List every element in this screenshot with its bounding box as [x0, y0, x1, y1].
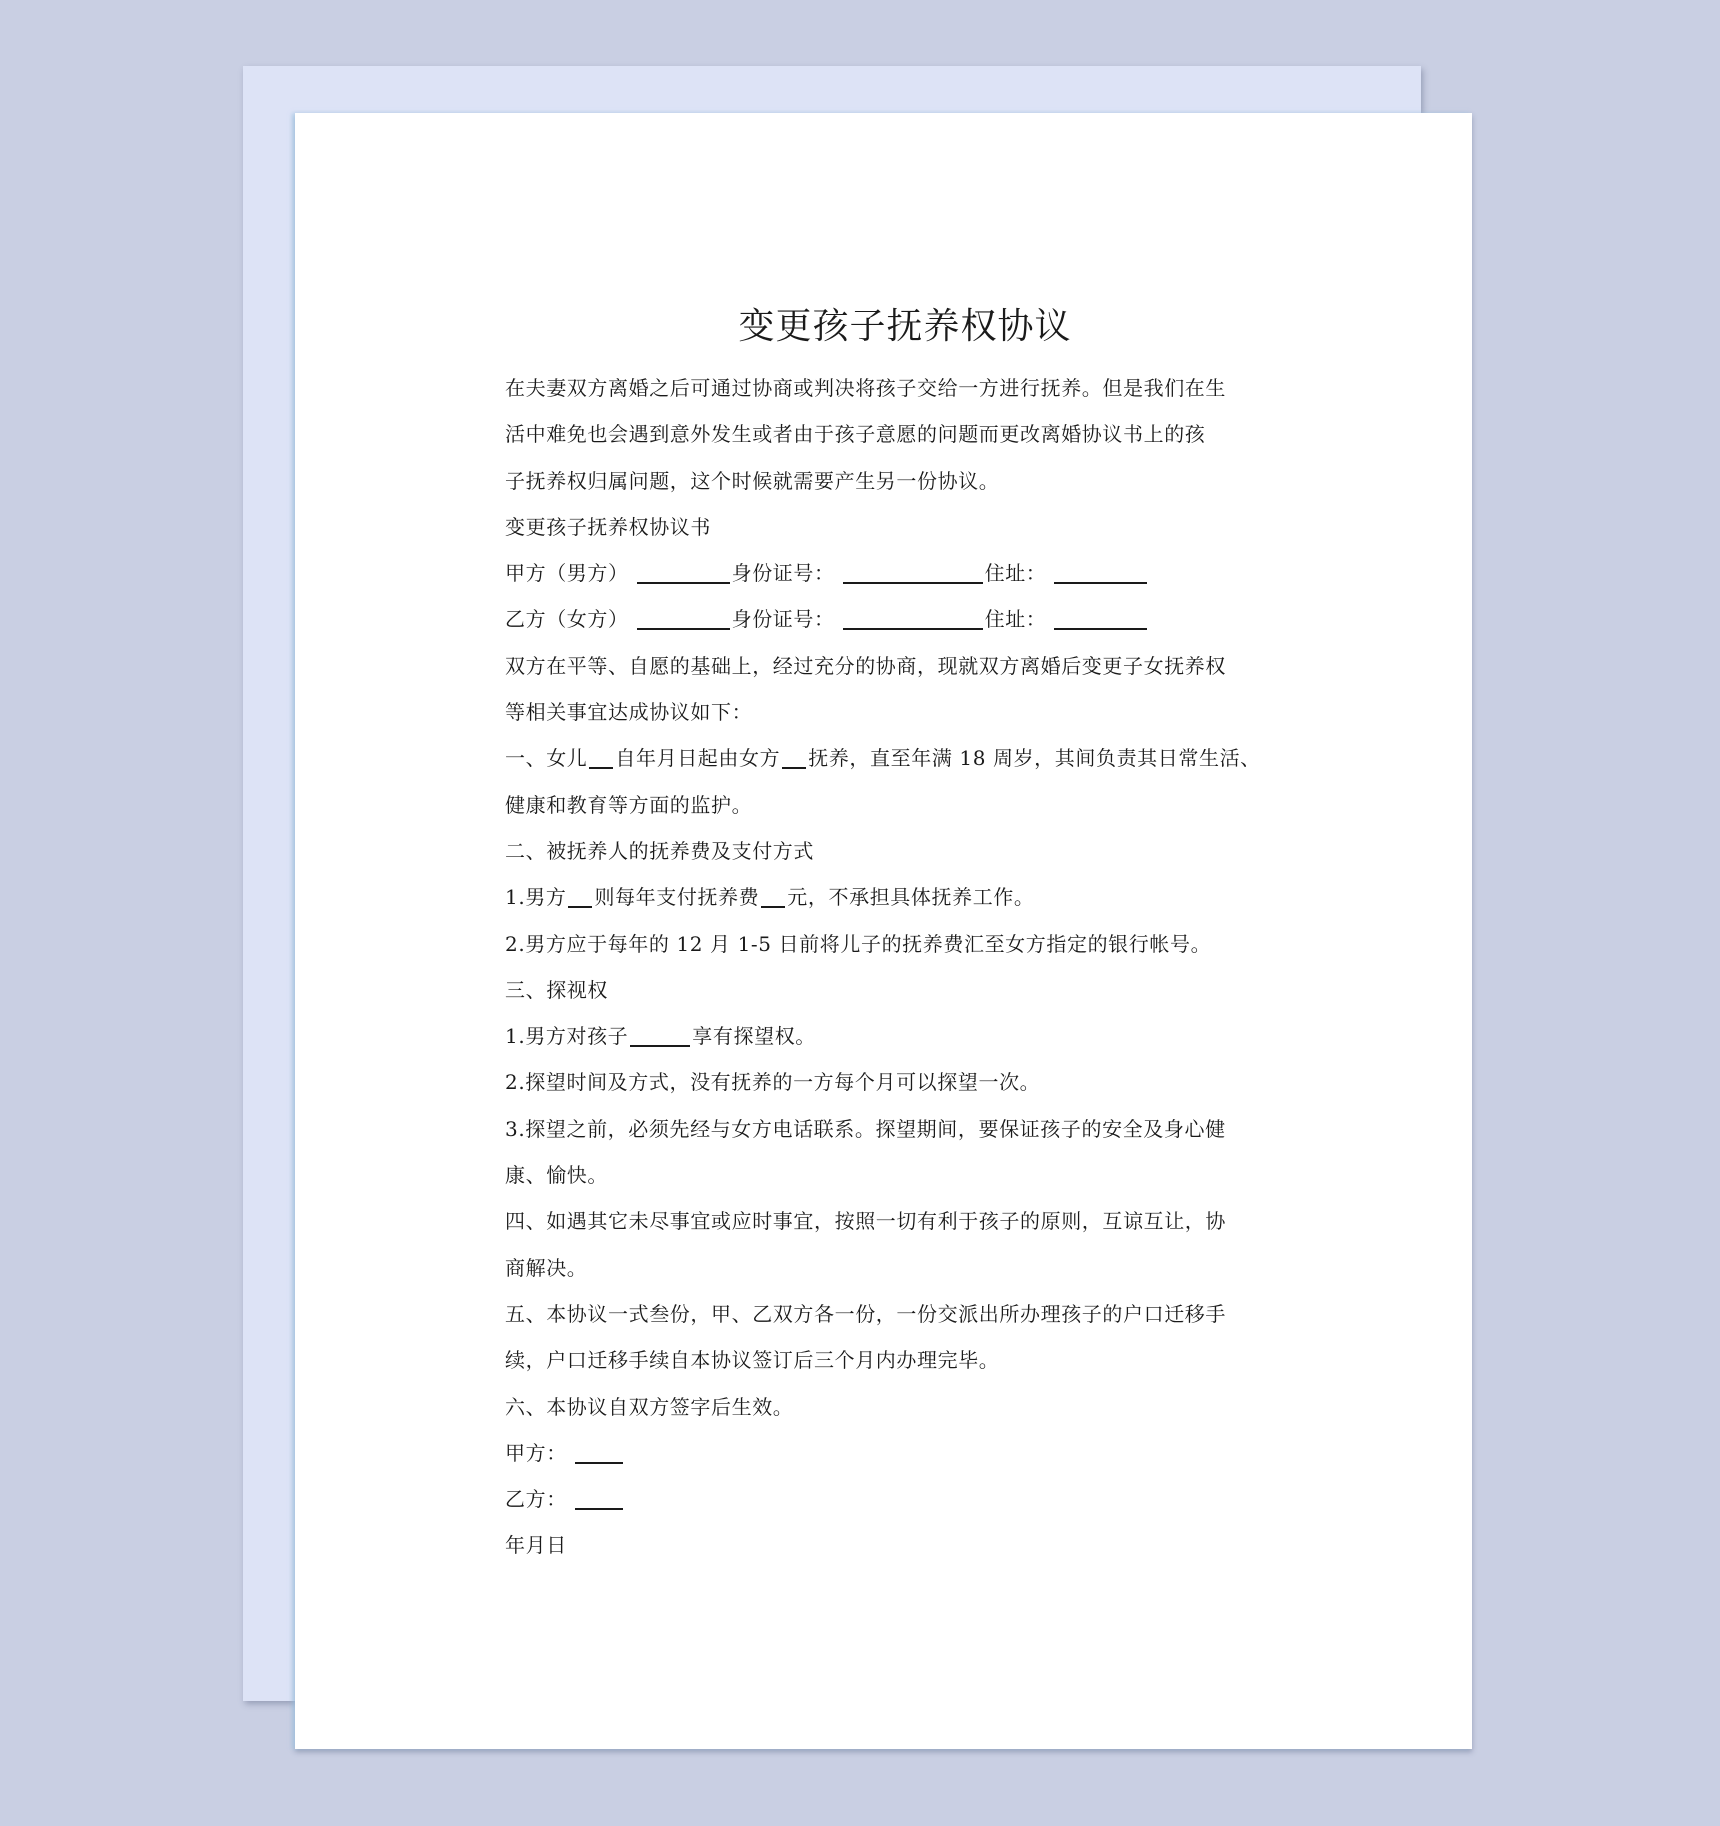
section-1-line-1: 一、女儿自年月日起由女方抚养，直至年满 18 周岁，其间负责其日常生活、 — [505, 735, 1275, 781]
section-1-text-c: 抚养，直至年满 18 周岁，其间负责其日常生活、 — [808, 746, 1261, 770]
party-b-row: 乙方（女方）身份证号：住址： — [505, 596, 1275, 642]
document-page: 变更孩子抚养权协议 在夫妻双方离婚之后可通过协商或判决将孩子交给一方进行抚养。但… — [295, 113, 1472, 1749]
section-3-item-3-line-2: 康、愉快。 — [505, 1152, 1275, 1198]
father-name-blank[interactable] — [568, 884, 592, 908]
party-b-name-blank[interactable] — [637, 606, 730, 630]
party-b-label: 乙方（女方） — [505, 607, 629, 631]
section-4-line-1: 四、如遇其它未尽事宜或应时事宜，按照一切有利于孩子的原则，互谅互让，协 — [505, 1198, 1275, 1244]
intro-line-3: 子抚养权归属问题，这个时候就需要产生另一份协议。 — [505, 458, 1275, 504]
section-1-text-b: 自年月日起由女方 — [615, 746, 780, 770]
mother-name-blank[interactable] — [782, 745, 806, 769]
section-2-item-1-text-b: 则每年支付抚养费 — [594, 885, 759, 909]
party-a-address-blank[interactable] — [1054, 560, 1147, 584]
section-2-item-1-text-c: 元，不承担具体抚养工作。 — [787, 885, 1034, 909]
section-5-line-2: 续，户口迁移手续自本协议签订后三个月内办理完毕。 — [505, 1337, 1275, 1383]
party-a-label: 甲方（男方） — [505, 561, 629, 585]
signature-party-b-label: 乙方： — [505, 1487, 567, 1511]
section-3-item-1-text-a: 1.男方对孩子 — [505, 1024, 628, 1048]
party-b-id-blank[interactable] — [843, 606, 983, 630]
section-3-heading: 三、探视权 — [505, 967, 1275, 1013]
signature-party-a: 甲方： — [505, 1430, 1275, 1476]
signature-party-b-blank[interactable] — [575, 1486, 623, 1510]
child-name-blank[interactable] — [630, 1023, 690, 1047]
section-2-item-1-text-a: 1.男方 — [505, 885, 566, 909]
section-6-line-1: 六、本协议自双方签字后生效。 — [505, 1384, 1275, 1430]
intro-line-1: 在夫妻双方离婚之后可通过协商或判决将孩子交给一方进行抚养。但是我们在生 — [505, 365, 1275, 411]
section-3-item-2: 2.探望时间及方式，没有抚养的一方每个月可以探望一次。 — [505, 1059, 1275, 1105]
party-a-row: 甲方（男方）身份证号：住址： — [505, 550, 1275, 596]
party-a-id-blank[interactable] — [843, 560, 983, 584]
signature-party-a-label: 甲方： — [505, 1441, 567, 1465]
signature-party-a-blank[interactable] — [575, 1440, 623, 1464]
document-body: 变更孩子抚养权协议 在夫妻双方离婚之后可通过协商或判决将孩子交给一方进行抚养。但… — [505, 303, 1275, 1569]
section-2-heading: 二、被抚养人的抚养费及支付方式 — [505, 828, 1275, 874]
section-3-item-3-line-1: 3.探望之前，必须先经与女方电话联系。探望期间，要保证孩子的安全及身心健 — [505, 1106, 1275, 1152]
section-2-item-1: 1.男方则每年支付抚养费元，不承担具体抚养工作。 — [505, 874, 1275, 920]
daughter-name-blank[interactable] — [589, 745, 613, 769]
section-3-item-1: 1.男方对孩子享有探望权。 — [505, 1013, 1275, 1059]
document-title: 变更孩子抚养权协议 — [505, 303, 1275, 351]
signature-date: 年月日 — [505, 1522, 1275, 1568]
section-2-item-2: 2.男方应于每年的 12 月 1-5 日前将儿子的抚养费汇至女方指定的银行帐号。 — [505, 921, 1275, 967]
signature-party-b: 乙方： — [505, 1476, 1275, 1522]
support-amount-blank[interactable] — [761, 884, 785, 908]
section-1-line-2: 健康和教育等方面的监护。 — [505, 782, 1275, 828]
agreement-subtitle: 变更孩子抚养权协议书 — [505, 504, 1275, 550]
party-a-id-label: 身份证号： — [732, 561, 835, 585]
section-3-item-1-text-b: 享有探望权。 — [692, 1024, 816, 1048]
party-b-id-label: 身份证号： — [732, 607, 835, 631]
intro-line-2: 活中难免也会遇到意外发生或者由于孩子意愿的问题而更改离婚协议书上的孩 — [505, 411, 1275, 457]
preamble-line-2: 等相关事宜达成协议如下： — [505, 689, 1275, 735]
party-a-name-blank[interactable] — [637, 560, 730, 584]
party-b-address-label: 住址： — [985, 607, 1047, 631]
section-1-text-a: 一、女儿 — [505, 746, 587, 770]
preamble-line-1: 双方在平等、自愿的基础上，经过充分的协商，现就双方离婚后变更子女抚养权 — [505, 643, 1275, 689]
party-b-address-blank[interactable] — [1054, 606, 1147, 630]
party-a-address-label: 住址： — [985, 561, 1047, 585]
section-4-line-2: 商解决。 — [505, 1245, 1275, 1291]
section-5-line-1: 五、本协议一式叁份，甲、乙双方各一份，一份交派出所办理孩子的户口迁移手 — [505, 1291, 1275, 1337]
